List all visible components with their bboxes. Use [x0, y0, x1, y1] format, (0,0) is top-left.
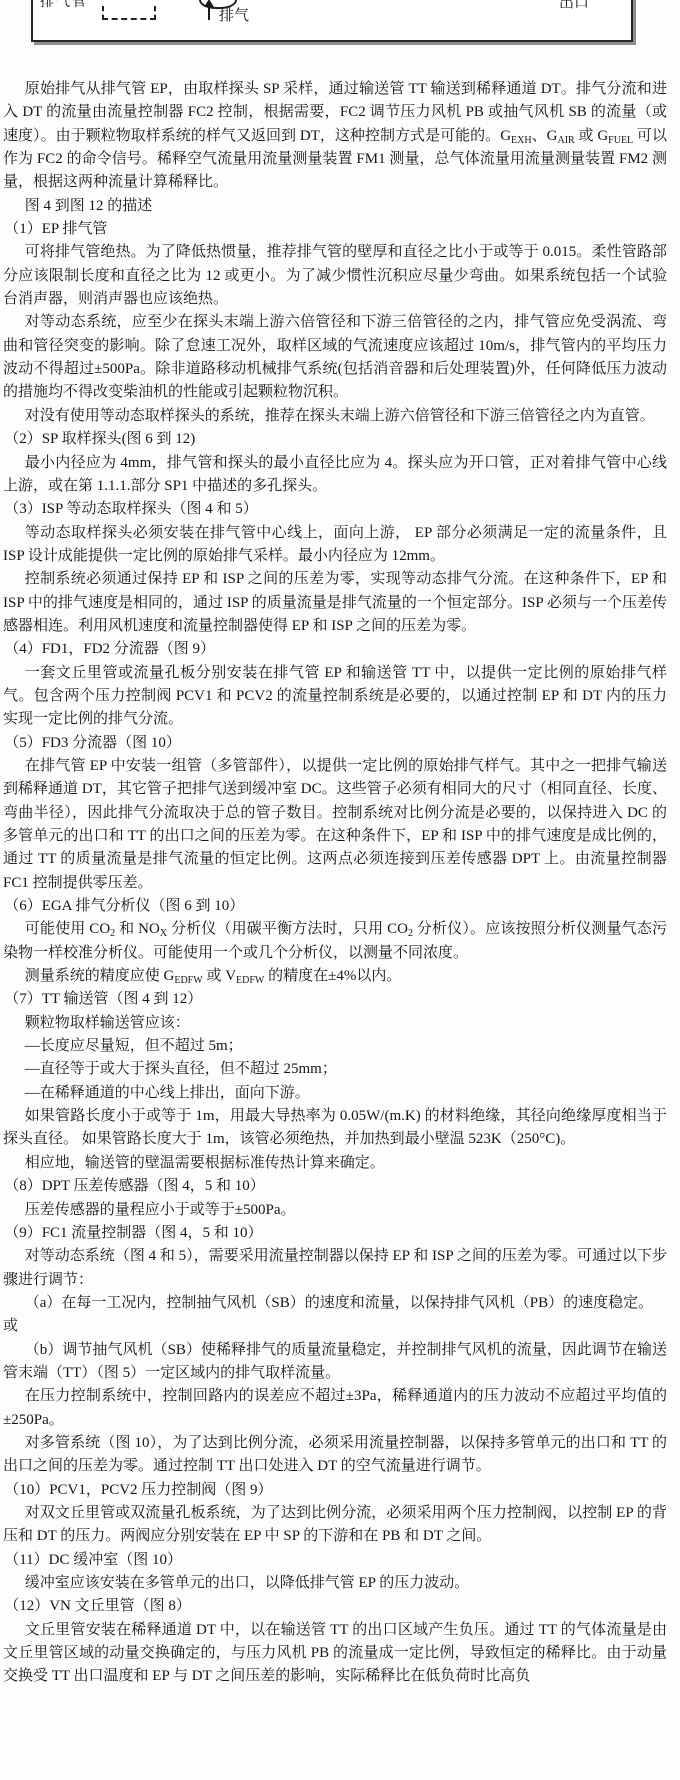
paragraph: 对没有使用等动态取样探头的系统，推荐在探头末端上游六倍管径和下游三倍管径之内为直…	[3, 405, 667, 428]
paragraph: 颗粒物取样输送管应该：	[3, 1012, 667, 1035]
paragraph: （4）FD1，FD2 分流器（图 9）	[3, 638, 667, 661]
paragraph: —直径等于或大于探头直径，但不超过 25mm；	[3, 1058, 667, 1081]
up-arrow-line	[208, 6, 210, 20]
paragraph: （8）DPT 压差传感器（图 4，5 和 10）	[3, 1175, 667, 1198]
paragraph: 如果管路长度小于或等于 1m，用最大导热率为 0.05W/(m.K) 的材料绝缘…	[3, 1105, 667, 1152]
paragraph: 对双文丘里管或双流量孔板系统，为了达到比例分流，必须采用两个压力控制阀，以控制 …	[3, 1502, 667, 1549]
paragraph: 图 4 到图 12 的描述	[3, 195, 667, 218]
figure-clipped-label: 排气管	[40, 0, 88, 11]
paragraph: （6）EGA 排气分析仪（图 6 到 10）	[3, 895, 667, 918]
paragraph: 等动态取样探头必须安装在排气管中心线上，面向上游， EP 部分必须满足一定的流量…	[3, 522, 667, 569]
paragraph: （5）FD3 分流器（图 10）	[3, 732, 667, 755]
paragraph: —长度应尽量短，但不超过 5m；	[3, 1035, 667, 1058]
figure-fragment: 排气管 排气 出口	[31, 0, 633, 42]
paragraph: （9）FC1 流量控制器（图 4，5 和 10）	[3, 1222, 667, 1245]
page: { "page": { "background": "#fdfdfd", "te…	[0, 0, 680, 1780]
paragraph: （3）ISP 等动态取样探头（图 4 和 5）	[3, 498, 667, 521]
paragraph: 控制系统必须通过保持 EP 和 ISP 之间的压差为零，实现等动态排气分流。在这…	[3, 568, 667, 638]
paragraph: （10）PCV1，PCV2 压力控制阀（图 9）	[3, 1479, 667, 1502]
paragraph: 相应地，输送管的壁温需要根据标准传热计算来确定。	[3, 1152, 667, 1175]
paragraph: （2）SP 取样探头(图 6 到 12)	[3, 428, 667, 451]
paragraph: 文丘里管安装在稀释通道 DT 中，以在输送管 TT 的出口区域产生负压。通过 T…	[3, 1619, 667, 1689]
paragraph: 可将排气管绝热。为了降低热惯量，推荐排气管的壁厚和直径之比小于或等于 0.015…	[3, 241, 667, 311]
paragraph: 可能使用 CO2 和 NOX 分析仪（用碳平衡方法时，只用 CO2 分析仪）。应…	[3, 918, 667, 965]
paragraph: （a）在每一工况内，控制抽气风机（SB）的速度和流量，以保持排气风机（PB）的速…	[3, 1292, 667, 1315]
paragraph: （12）VN 文丘里管（图 8）	[3, 1595, 667, 1618]
paragraph: 对多管系统（图 10），为了达到比例分流，必须采用流量控制器，以保持多管单元的出…	[3, 1432, 667, 1479]
paragraph: 缓冲室应该安装在多管单元的出口，以降低排气管 EP 的压力波动。	[3, 1572, 667, 1595]
paragraph: 对等动态系统，应至少在探头末端上游六倍管径和下游三倍管径的之内，排气管应免受涡流…	[3, 311, 667, 404]
paragraph: 对等动态系统（图 4 和 5），需要采用流量控制器以保持 EP 和 ISP 之间…	[3, 1245, 667, 1292]
paragraph: 最小内径应为 4mm，排气管和探头的最小直径比应为 4。探头应为开口管，正对着排…	[3, 452, 667, 499]
paragraph: 在排气管 EP 中安装一组管（多管部件），以提供一定比例的原始排气样气。其中之一…	[3, 755, 667, 895]
paragraph: 一套文丘里管或流量孔板分别安装在排气管 EP 和输送管 TT 中，以提供一定比例…	[3, 662, 667, 732]
paragraph: 压差传感器的量程应小于或等于±500Pa。	[3, 1199, 667, 1222]
paragraph: 在压力控制系统中，控制回路内的误差应不超过±3Pa，稀释通道内的压力波动不应超过…	[3, 1385, 667, 1432]
figure-exhaust-label: 排气	[219, 4, 249, 25]
paragraph: （b）调节抽气风机（SB）使稀释排气的质量流量稳定，并控制排气风机的流量，因此调…	[3, 1339, 667, 1386]
paragraph: （11）DC 缓冲室（图 10）	[3, 1549, 667, 1572]
paragraph: （7）TT 输送管（图 4 到 12）	[3, 988, 667, 1011]
dashed-box-fragment	[102, 6, 156, 20]
paragraph: 测量系统的精度应使 GEDFW 或 VEDFW 的精度在±4%以内。	[3, 965, 667, 988]
paragraph: （1）EP 排气管	[3, 218, 667, 241]
paragraph: 原始排气从排气管 EP，由取样探头 SP 采样，通过输送管 TT 输送到稀释通道…	[3, 78, 667, 195]
figure-outlet-label: 出口	[559, 0, 589, 12]
document-body: 原始排气从排气管 EP，由取样探头 SP 采样，通过输送管 TT 输送到稀释通道…	[3, 78, 667, 1689]
paragraph: —在稀释通道的中心线上排出，面向下游。	[3, 1082, 667, 1105]
paragraph: 或	[3, 1315, 667, 1338]
